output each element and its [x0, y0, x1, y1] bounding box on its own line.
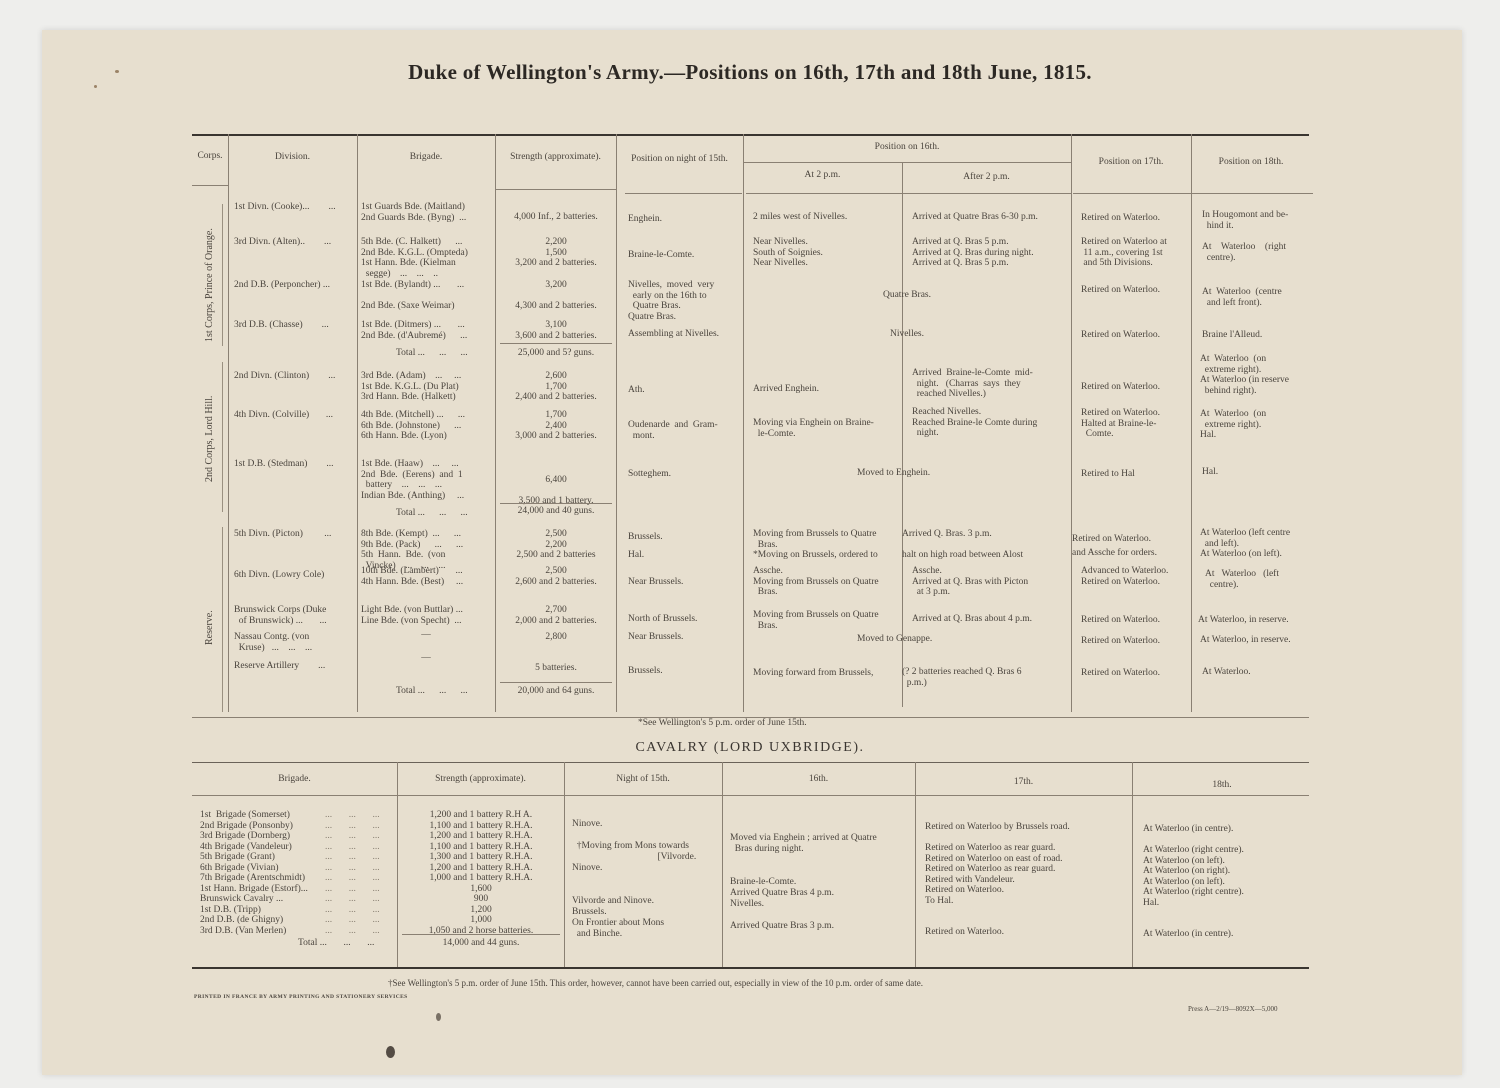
page-title: Duke of Wellington's Army.—Positions on … — [0, 60, 1500, 85]
col-divider — [1071, 134, 1072, 712]
header-at2pm: At 2 p.m. — [743, 170, 902, 181]
header-divider — [192, 185, 228, 186]
after2pm-cell: Assche. Arrived at Q. Bras with Picton a… — [912, 566, 1028, 598]
press-mark: Press A—2/19—8092X—5,000 — [1188, 1005, 1277, 1013]
pos17-cell: Retired on Waterloo. — [1081, 668, 1160, 679]
cav-strength-cell: 1,000 — [398, 915, 564, 926]
dot-leader: ... ... ... — [325, 915, 380, 926]
pos18-cell: At Waterloo (left centre and left). At W… — [1200, 528, 1290, 560]
cav-header-17th: 17th. — [915, 777, 1132, 788]
pos17-cell: Retired on Waterloo. — [1081, 285, 1160, 296]
strength-cell: 2,200 1,500 3,200 and 2 batteries. — [497, 237, 615, 269]
main-footnote: *See Wellington's 5 p.m. order of June 1… — [638, 718, 807, 729]
after2pm-cell: Arrived at Q. Bras 5 p.m. Arrived at Q. … — [912, 237, 1034, 269]
dot-leader: ... ... ... — [325, 852, 380, 863]
dot-leader: ... ... ... — [325, 831, 380, 842]
strength-cell: 1,700 2,400 3,000 and 2 batteries. — [497, 410, 615, 442]
corps-label-reserve: Reserve. — [204, 610, 215, 645]
header-strength: Strength (approximate). — [495, 152, 616, 163]
cav-total-strength: 14,000 and 44 guns. — [398, 938, 564, 949]
brigade-cell: 1st Bde. (Bylandt) ... ... 2nd Bde. (Sax… — [361, 280, 464, 312]
pos18-cell: At Waterloo (left centre). — [1205, 569, 1279, 590]
cav-strength-cell: 1,100 and 1 battery R.H.A. — [398, 821, 564, 832]
total-strength: 25,000 and 5? guns. — [497, 348, 615, 359]
division-cell: 3rd D.B. (Chasse) ... — [234, 320, 329, 331]
pos17-cell: Retired on Waterloo. — [1081, 382, 1160, 393]
pos17-cell: Retired to Hal — [1081, 469, 1135, 480]
pos16-span-cell: Quatre Bras. — [743, 290, 1071, 301]
cavalry-strength-list: 1,200 and 1 battery R.H A. 1,100 and 1 b… — [398, 810, 564, 936]
division-cell: 1st D.B. (Stedman) ... — [234, 459, 333, 470]
header-corps: Corps. — [192, 151, 228, 162]
cav-col-divider — [564, 762, 565, 967]
total-rule — [402, 934, 560, 935]
at2pm-cell: Arrived Enghein. — [753, 384, 819, 395]
strength-cell: 2,700 2,000 and 2 batteries. — [497, 605, 615, 626]
cavalry-footnote: †See Wellington's 5 p.m. order of June 1… — [388, 978, 923, 988]
total-label: Total ... ... ... — [396, 508, 468, 519]
cavalry-bottom-rule — [192, 967, 1309, 969]
corps-label-1st: 1st Corps, Prince of Orange. — [204, 228, 215, 342]
night15-cell: Nivelles, moved very early on the 16th t… — [628, 280, 714, 322]
corps-brace — [222, 204, 223, 346]
header-night15: Position on night of 15th. — [616, 154, 743, 165]
col-divider — [357, 134, 358, 712]
cav-header-strength: Strength (approximate). — [397, 774, 564, 785]
total-strength: 24,000 and 40 guns. — [497, 506, 615, 517]
col-divider — [495, 134, 496, 712]
pos18-cell: Hal. — [1202, 467, 1218, 478]
at2pm-cell: 2 miles west of Nivelles. — [753, 212, 847, 223]
total-label: Total ... ... ... — [396, 686, 468, 697]
night15-cell: Brussels. Hal. — [628, 533, 663, 560]
dot-leader: ... ... ... — [325, 884, 380, 895]
brigade-cell: 1st Bde. (Haaw) ... ... 2nd Bde. (Eerens… — [361, 459, 464, 501]
night15-cell: Near Brussels. — [628, 632, 683, 643]
pos18-cell: At Waterloo (right centre). — [1202, 242, 1286, 263]
division-cell: 6th Divn. (Lowry Cole) — [234, 570, 324, 581]
col-divider — [743, 134, 744, 712]
pos17-cell: Retired on Waterloo. — [1081, 330, 1160, 341]
pos17-cell: Advanced to Waterloo. Retired on Waterlo… — [1081, 566, 1168, 587]
total-rule — [500, 503, 612, 504]
pos18-cell: In Hougomont and be- hind it. — [1202, 210, 1288, 231]
after2pm-cell: Arrived at Q. Bras about 4 p.m. — [912, 614, 1032, 625]
strength-cell: 2,500 2,200 2,500 and 2 batteries — [497, 529, 615, 561]
after2pm-cell: (? 2 batteries reached Q. Bras 6 p.m.) — [902, 667, 1022, 688]
cav-col-divider — [1132, 762, 1133, 967]
col-divider — [228, 134, 229, 712]
at2pm-cell: Near Nivelles. South of Soignies. Near N… — [753, 237, 823, 269]
printer-line: PRINTED IN FRANCE BY ARMY PRINTING AND S… — [194, 994, 408, 1000]
col-divider — [902, 162, 903, 707]
brigade-cell: 10th Bde. (Lambert) ... 4th Hann. Bde. (… — [361, 566, 463, 587]
total-strength: 20,000 and 64 guns. — [497, 686, 615, 697]
night15-cell: Near Brussels. — [628, 577, 683, 588]
header-divider — [625, 193, 742, 194]
brigade-cell: 1st Bde. (Ditmers) ... ... 2nd Bde. (d'A… — [361, 320, 467, 341]
header-after2pm: After 2 p.m. — [902, 172, 1071, 183]
cavalry-dot-leaders: ... ... ... ... ... ... ... ... ... ... … — [325, 810, 380, 936]
header-divider — [743, 162, 1071, 163]
pos16-span-cell: Nivelles. — [743, 329, 1071, 340]
col-divider — [616, 134, 617, 712]
pos16-span-cell: Moved to Genappe. — [857, 634, 932, 645]
brigade-cell: — — [357, 653, 495, 664]
night15-cell: Assembling at Nivelles. — [628, 329, 719, 340]
brigade-cell: 8th Bde. (Kempt) ... ... 9th Bde. (Pack)… — [361, 529, 463, 571]
brigade-cell: 4th Bde. (Mitchell) ... ... 6th Bde. (Jo… — [361, 410, 465, 442]
division-cell: 5th Divn. (Picton) ... — [234, 529, 331, 540]
dot-leader: ... ... ... — [325, 863, 380, 874]
header-divider — [496, 189, 616, 190]
cavalry-top-rule — [192, 762, 1309, 763]
cav-header-18th: 18th. — [1132, 780, 1312, 791]
total-rule — [500, 343, 612, 344]
cav-col-divider — [915, 762, 916, 967]
dot-leader: ... ... ... — [325, 873, 380, 884]
cav-total-label: Total ... ... ... — [298, 938, 374, 949]
dot-leader: ... ... ... — [325, 842, 380, 853]
strength-cell: 2,500 2,600 and 2 batteries. — [497, 566, 615, 587]
dot-leader: ... ... ... — [325, 926, 380, 937]
division-cell: 2nd Divn. (Clinton) ... — [234, 371, 335, 382]
dot-leader: ... ... ... — [325, 894, 380, 905]
division-cell: 4th Divn. (Colville) ... — [234, 410, 333, 421]
strength-cell: 4,000 Inf., 2 batteries. — [497, 212, 615, 223]
total-rule — [500, 682, 612, 683]
col-divider — [1191, 134, 1192, 712]
at2pm-cell: Moving via Enghein on Braine- le-Comte. — [753, 418, 874, 439]
pos18-cell: At Waterloo (centre and left front). — [1202, 287, 1282, 308]
dot-leader: ... ... ... — [325, 821, 380, 832]
after2pm-cell: Reached Nivelles. Reached Braine-le Comt… — [912, 407, 1037, 439]
ink-blot — [436, 1013, 441, 1021]
after2pm-cell: Arrived at Quatre Bras 6-30 p.m. — [912, 212, 1038, 223]
pos17-cell: Retired on Waterloo. and Assche for orde… — [1072, 532, 1157, 560]
pos17-cell: Retired on Waterloo. — [1081, 636, 1160, 647]
pos18-cell: At Waterloo, in reserve. — [1200, 635, 1291, 646]
strength-cell: 3,200 4,300 and 2 batteries. — [497, 280, 615, 312]
header-pos18: Position on 18th. — [1191, 157, 1311, 168]
night15-cell: Ath. — [628, 385, 645, 396]
division-cell: Reserve Artillery ... — [234, 661, 325, 672]
brigade-cell: 3rd Bde. (Adam) ... ... 1st Bde. K.G.L. … — [361, 371, 461, 403]
after2pm-cell: Arrived Braine-le-Comte mid- night. (Cha… — [912, 368, 1033, 400]
total-label: Total ... ... ... — [396, 348, 468, 359]
brigade-cell: 5th Bde. (C. Halkett) ... 2nd Bde. K.G.L… — [361, 237, 468, 279]
cav-strength-cell: 1,300 and 1 battery R.H.A. — [398, 852, 564, 863]
brigade-cell: 1st Guards Bde. (Maitland) 2nd Guards Bd… — [361, 202, 466, 223]
cav-col-divider — [722, 762, 723, 967]
night15-cell: Brussels. — [628, 666, 663, 677]
division-cell: 2nd D.B. (Perponcher) ... — [234, 280, 330, 291]
brigade-cell: Light Bde. (von Buttlar) ... Line Bde. (… — [361, 605, 463, 626]
pos18-cell: At Waterloo, in reserve. — [1198, 615, 1289, 626]
cav-strength-cell: 1,200 and 1 battery R.H A. — [398, 810, 564, 821]
cav-18th-cell: At Waterloo (in centre). At Waterloo (ri… — [1143, 824, 1244, 940]
header-divider — [746, 193, 1071, 194]
cav-16th-cell: Moved via Enghein ; arrived at Quatre Br… — [730, 822, 877, 932]
title-rule — [192, 134, 1309, 136]
night15-cell: Braine-le-Comte. — [628, 250, 694, 261]
division-cell: Brunswick Corps (Duke of Brunswick) ... … — [234, 605, 327, 626]
corps-brace — [222, 527, 223, 712]
pos18-cell: At Waterloo (on extreme right). Hal. — [1200, 409, 1266, 441]
dot-leader: ... ... ... — [325, 905, 380, 916]
brigade-cell: — — [357, 630, 495, 641]
pos17-cell: Retired on Waterloo. — [1081, 213, 1160, 224]
header-division: Division. — [228, 152, 357, 163]
cav-strength-cell: 1,000 and 1 battery R.H.A. — [398, 873, 564, 884]
at2pm-cell: Moving from Brussels to Quatre Bras. *Mo… — [753, 529, 878, 561]
at2pm-cell: Moving from Brussels on Quatre Bras. — [753, 610, 879, 631]
division-cell: 1st Divn. (Cooke)... ... — [234, 202, 356, 213]
strength-cell: 3,100 3,600 and 2 batteries. — [497, 320, 615, 341]
night15-cell: Enghein. — [628, 214, 662, 225]
pos18-cell: Braine l'Alleud. — [1202, 330, 1262, 341]
corps-brace — [222, 362, 223, 512]
cav-strength-cell: 900 — [398, 894, 564, 905]
pos18-cell: At Waterloo (on extreme right). At Water… — [1200, 354, 1289, 396]
cav-strength-cell: 1,200 and 1 battery R.H.A. — [398, 831, 564, 842]
at2pm-cell: Moving forward from Brussels, — [753, 668, 873, 679]
header-pos17: Position on 17th. — [1071, 157, 1191, 168]
cav-strength-cell: 1,600 — [398, 884, 564, 895]
corps-label-2nd: 2nd Corps, Lord Hill. — [204, 396, 215, 482]
cav-header-brigade: Brigade. — [192, 774, 397, 785]
cav-strength-cell: 1,100 and 1 battery R.H.A. — [398, 842, 564, 853]
pos16-span-cell: Moved to Enghein. — [857, 468, 930, 479]
cav-strength-cell: 1,200 — [398, 905, 564, 916]
paper-stain — [94, 85, 97, 88]
night15-cell: Sotteghem. — [628, 469, 671, 480]
cav-strength-cell: 1,200 and 1 battery R.H.A. — [398, 863, 564, 874]
strength-cell: 5 batteries. — [497, 663, 615, 674]
pos17-cell: Retired on Waterloo at 11 a.m., covering… — [1081, 237, 1167, 269]
night15-cell: North of Brussels. — [628, 614, 697, 625]
at2pm-cell: Assche. Moving from Brussels on Quatre B… — [753, 566, 879, 598]
cav-night15-cell: Ninove. †Moving from Mons towards [Vilvo… — [572, 819, 696, 940]
cavalry-title: CAVALRY (LORD UXBRIDGE). — [0, 740, 1500, 756]
cav-header-night15: Night of 15th. — [564, 774, 722, 785]
dot-leader: ... ... ... — [325, 810, 380, 821]
pos17-cell: Retired on Waterloo. Halted at Braine-le… — [1081, 408, 1160, 440]
pos18-cell: At Waterloo. — [1202, 667, 1251, 678]
pos17-cell: Retired on Waterloo. — [1081, 615, 1160, 626]
strength-cell: 2,600 1,700 2,400 and 2 batteries. — [497, 371, 615, 403]
after2pm-cell: Arrived Q. Bras. 3 p.m. halt on high roa… — [902, 529, 1023, 561]
cav-header-16th: 16th. — [722, 774, 915, 785]
division-cell: Nassau Contg. (von Kruse) ... ... ... — [234, 632, 312, 653]
header-divider — [1073, 193, 1313, 194]
header-pos16: Position on 16th. — [743, 142, 1071, 153]
night15-cell: Oudenarde and Gram- mont. — [628, 420, 718, 441]
division-cell: 3rd Divn. (Alten).. ... — [234, 237, 331, 248]
header-brigade: Brigade. — [357, 152, 495, 163]
cavalry-header-rule — [192, 795, 1309, 796]
ink-blot — [386, 1046, 395, 1058]
cav-17th-cell: Retired on Waterloo by Brussels road. Re… — [925, 822, 1070, 938]
strength-cell: 2,800 — [497, 632, 615, 643]
